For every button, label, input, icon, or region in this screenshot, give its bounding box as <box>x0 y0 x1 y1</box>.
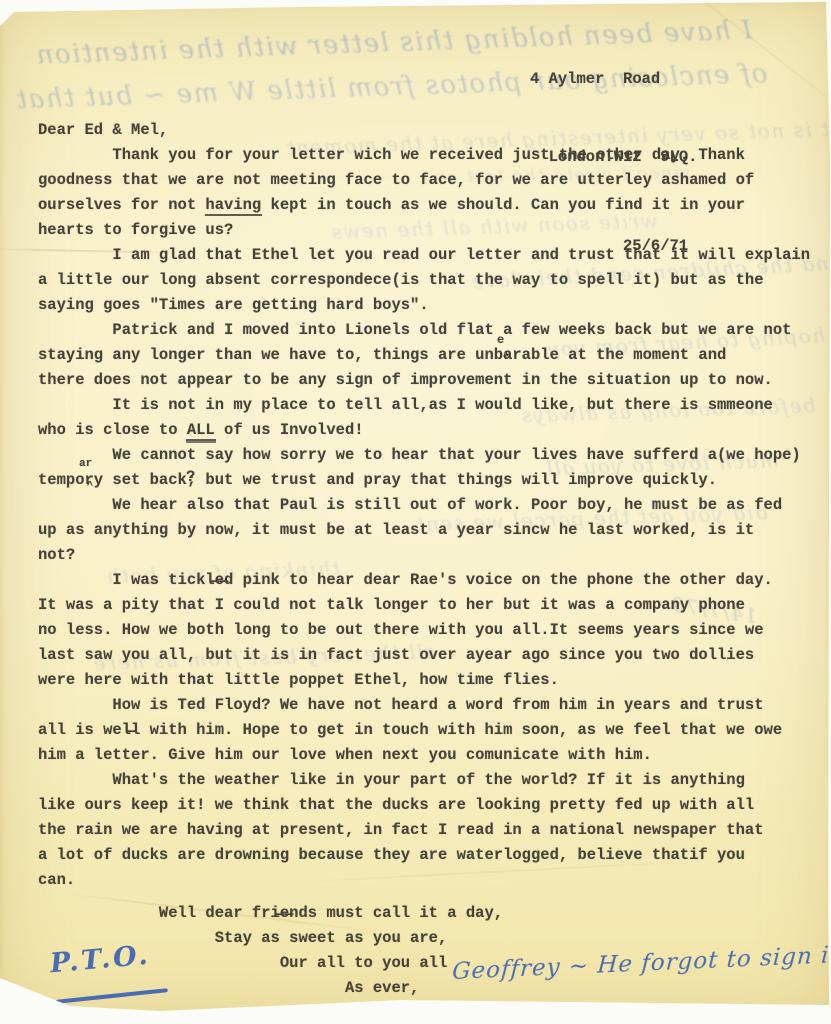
letter-line: a little our long absent correspondece(i… <box>38 268 810 293</box>
letter-line: him a letter. Give him our love when nex… <box>38 743 810 768</box>
letter-line: staying any longer than we have to, thin… <box>38 343 810 368</box>
letter-line: I was tickl̶e̶d pink to hear dear Rae's … <box>38 568 810 593</box>
letter-line: like ours keep it! we think that the duc… <box>38 793 810 818</box>
letter-line: Dear Ed & Mel, <box>38 118 810 143</box>
letter-line: can. <box>38 868 810 893</box>
typed-correction-caret_unbarable: ^ <box>503 352 509 363</box>
letter-line: not? <box>38 543 810 568</box>
typed-correction-sup_e: e <box>497 333 504 347</box>
letter-line: Stay as sweet as you are, <box>38 926 810 951</box>
letter-line: there does not appear to be any sign of … <box>38 368 810 393</box>
letter-line: goodness that we are not meeting face to… <box>38 168 810 193</box>
letter-line: Patrick and I moved into Lionels old fla… <box>38 318 810 343</box>
letter-line: tempory set back; but we trust and pray … <box>38 468 810 493</box>
letter-line: who is close to ALL of us Involved! <box>38 418 810 443</box>
letter-line: It was a pity that I could not talk long… <box>38 593 810 618</box>
letter-line: I am glad that Ethel let you read our le… <box>38 243 810 268</box>
letter-line: We hear also that Paul is still out of w… <box>38 493 810 518</box>
letter-line: Thank you for your letter wich we receiv… <box>38 143 810 168</box>
letter-line: How is Ted Floyd? We have not heard a wo… <box>38 693 810 718</box>
letter-line: the rain we are having at present, in fa… <box>38 818 810 843</box>
letter-line: up as anything by now, it must be at lea… <box>38 518 810 543</box>
letter-line: all is wel̶l with him. Hope to get in to… <box>38 718 810 743</box>
letter-paper-sheet: I have been holding this letter with the… <box>0 0 831 1024</box>
letter-line: a lot of ducks are drowning because they… <box>38 843 810 868</box>
underline-all <box>186 439 216 441</box>
letter-line: saying goes "Times are getting hard boys… <box>38 293 810 318</box>
letter-line: It is not in my place to tell all,as I w… <box>38 393 810 418</box>
letter-body: Dear Ed & Mel, Thank you for your letter… <box>38 118 810 1001</box>
letter-line: last saw you all, but it is in fact just… <box>38 643 810 668</box>
letter-line: We cannot say how sorry we to hear that … <box>38 443 810 468</box>
underline-having <box>205 214 262 216</box>
letter-line: hearts to forgive us? <box>38 218 810 243</box>
scanned-letter-image: I have been holding this letter with the… <box>0 0 831 1024</box>
letter-line: ourselves for not having kept in touch a… <box>38 193 810 218</box>
address-line-1: 4 Aylmer Road <box>530 66 697 92</box>
typed-correction-caret_tempory: ^ <box>87 481 93 492</box>
letter-line: were here with that little poppet Ethel,… <box>38 668 810 693</box>
letter-line: What's the weather like in your part of … <box>38 768 810 793</box>
letter-line: Well dear fri̶e̶nds must call it a day, <box>38 901 810 926</box>
typed-correction-sup_ar: ar <box>79 458 92 470</box>
letter-line: no less. How we both long to be out ther… <box>38 618 810 643</box>
typed-correction-overstruck_q: ? <box>186 468 195 486</box>
